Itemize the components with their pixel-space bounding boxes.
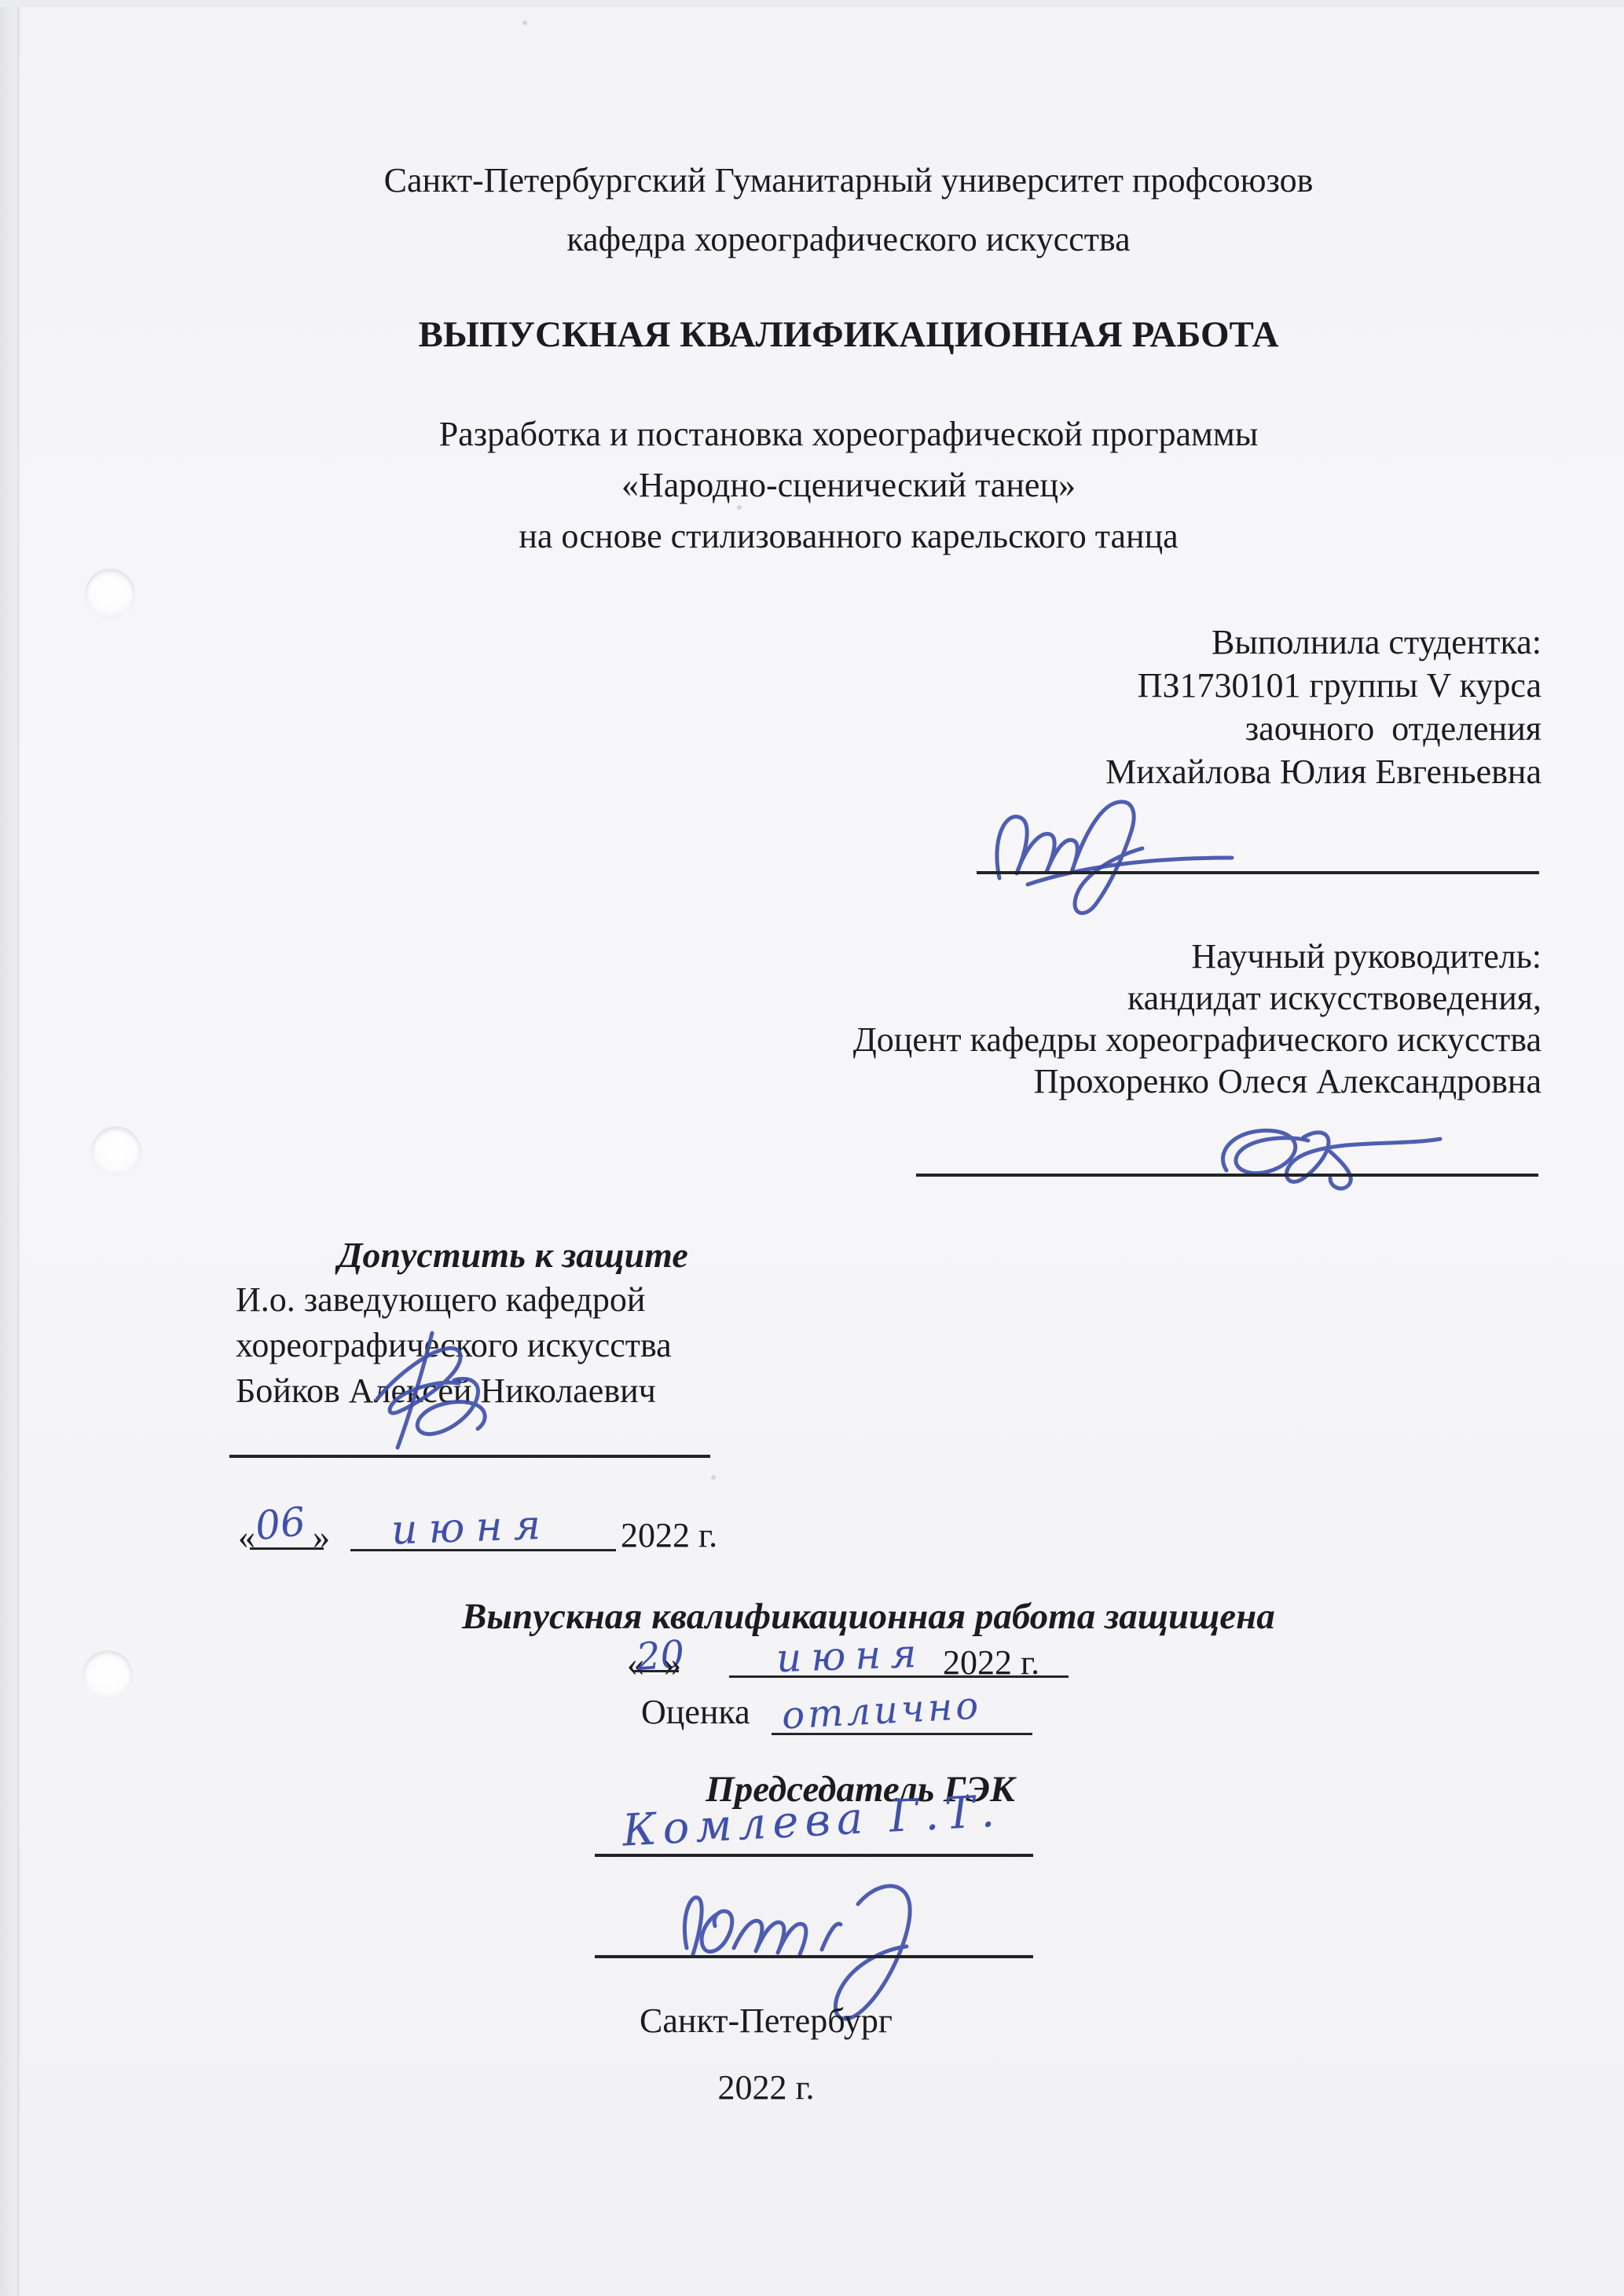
- thesis-title-page: Санкт-Петербургский Гуманитарный универс…: [0, 0, 1624, 2296]
- work-type-title: ВЫПУСКНАЯ КВАЛИФИКАЦИОННАЯ РАБОТА: [79, 314, 1619, 356]
- student-role: Выполнила студентка:: [1212, 623, 1542, 661]
- defense-date-close-quote: »: [664, 1645, 681, 1683]
- admission-date-year: 2022 г.: [621, 1516, 717, 1554]
- admission-date-month-handwritten: июня: [390, 1502, 552, 1553]
- head-acting-title: И.о. заведующего кафедрой: [236, 1280, 645, 1319]
- defense-date-year: 2022 г.: [943, 1643, 1039, 1682]
- chair-signature-line: [595, 1955, 1033, 1958]
- footer-city: Санкт-Петербург: [570, 2001, 962, 2040]
- punch-hole-top: [85, 569, 135, 621]
- admission-date-day-line: [250, 1547, 324, 1550]
- supervisor-signature-line: [916, 1174, 1538, 1177]
- supervisor-signature: [1206, 1108, 1450, 1198]
- scan-speck: [711, 1475, 716, 1480]
- student-signature-line: [977, 871, 1539, 874]
- scan-speck: [737, 505, 742, 510]
- theme-line-2: «Народно-сценический танец»: [79, 466, 1619, 504]
- theme-line-1: Разработка и постановка хореографической…: [79, 415, 1619, 453]
- supervisor-name: Прохоренко Олеся Александровна: [1034, 1062, 1542, 1100]
- university-name: Санкт-Петербургский Гуманитарный универс…: [79, 161, 1619, 200]
- department-name: кафедра хореографического искусства: [79, 220, 1619, 258]
- theme-line-3: на основе стилизованного карельского тан…: [79, 517, 1619, 555]
- admission-heading: Допустить к защите: [338, 1235, 688, 1276]
- punch-hole-bottom: [82, 1650, 133, 1702]
- scanner-edge-top: [0, 0, 1624, 7]
- scan-speck: [522, 20, 527, 25]
- admission-date-close-quote: »: [313, 1518, 330, 1556]
- scanner-edge-left: [0, 0, 17, 2296]
- head-signature: [354, 1324, 526, 1477]
- student-group: ПЗ1730101 группы V курса: [1138, 666, 1542, 705]
- footer-year: 2022 г.: [570, 2068, 962, 2107]
- supervisor-position: Доцент кафедры хореографического искусст…: [853, 1020, 1542, 1059]
- defense-date-month-handwritten: июня: [775, 1631, 926, 1681]
- defense-date-day-line: [633, 1670, 679, 1672]
- head-signature-line: [229, 1455, 710, 1458]
- grade-label: Оценка: [641, 1693, 750, 1731]
- chair-name-line: [595, 1854, 1033, 1857]
- grade-value-handwritten: отлично: [781, 1685, 983, 1738]
- punch-hole-middle: [91, 1126, 141, 1178]
- supervisor-degree: кандидат искусствоведения,: [1127, 979, 1542, 1017]
- student-signature: [982, 785, 1249, 923]
- student-department-mode: заочного отделения: [1245, 709, 1542, 748]
- admission-date-open-quote: «: [238, 1518, 255, 1556]
- supervisor-role: Научный руководитель:: [1191, 937, 1542, 976]
- paper-edge-shadow: [17, 0, 20, 2296]
- admission-date-day-handwritten: 06: [253, 1500, 307, 1548]
- defense-heading: Выпускная квалификационная работа защище…: [462, 1596, 1275, 1638]
